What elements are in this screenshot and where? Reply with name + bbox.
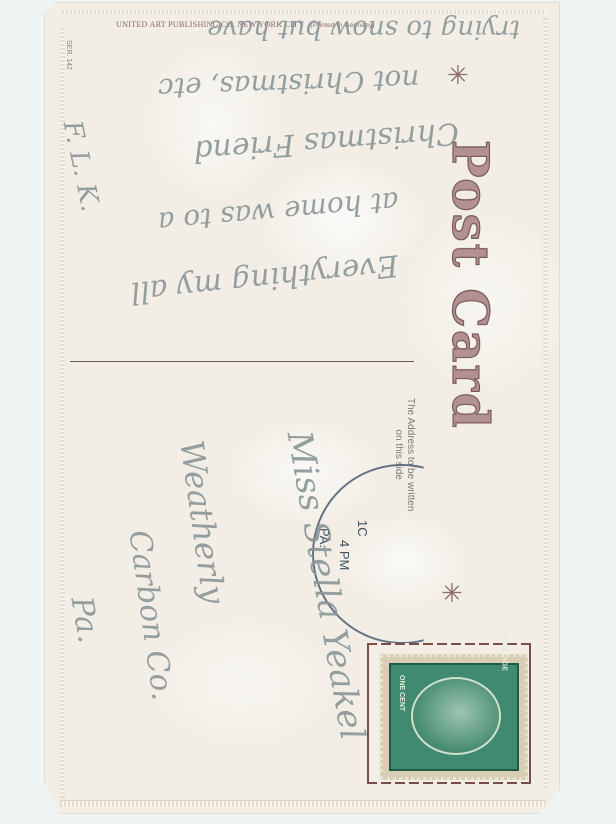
address-divider-line [70,361,414,362]
series-number: SER. 142 [65,40,72,70]
portrait-medallion-icon [411,677,501,755]
postage-stamp: ONE CENT U.S.POSTAGE [380,654,528,780]
embossed-border-bottom [60,800,546,807]
ornament-star-icon: ✳ [447,62,469,88]
embossed-border-right [543,18,548,788]
ornament-star-icon: ✳ [441,580,463,606]
message-line-1: trying to snow but have [207,14,520,44]
stamp-denomination: ONE CENT [398,675,405,711]
post-card-title: Post Card [441,140,500,430]
stamp-postage-label: U.S.POSTAGE [500,624,507,671]
scan-background: UNITED ART PUBLISHING CO. NEW YORK CITY … [0,0,616,824]
stamp-face: ONE CENT U.S.POSTAGE [389,663,519,771]
postmark-day: 1C [355,520,370,537]
